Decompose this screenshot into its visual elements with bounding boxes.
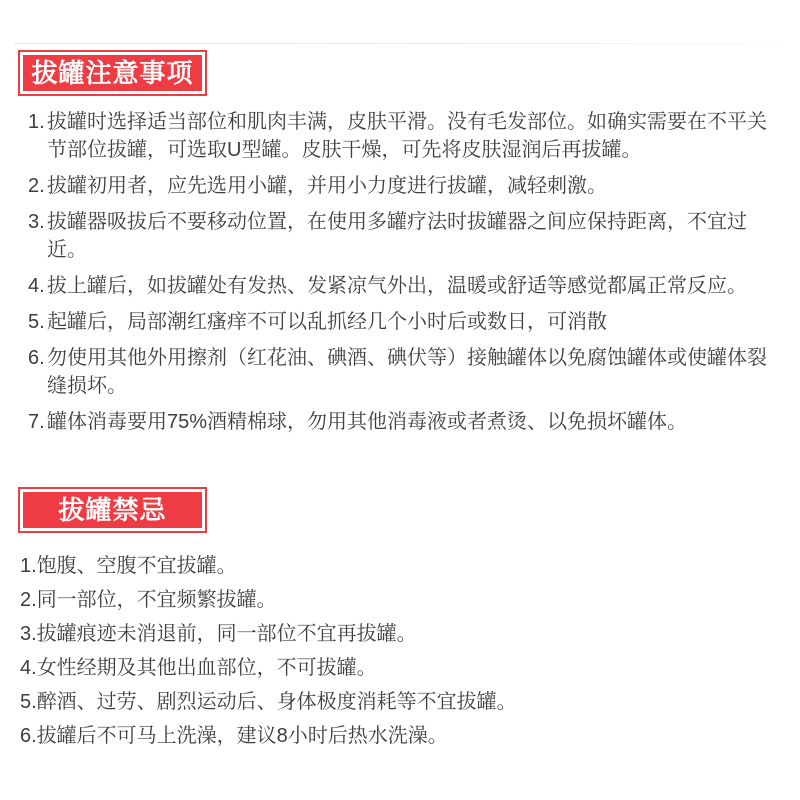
item-text: 拔罐后不可马上洗澡，建议8小时后热水洗澡。 [37,725,448,747]
precautions-title: 拔罐注意事项 [23,55,202,91]
precaution-item-3: 3. 拔罐器吸拔后不要移动位置，在使用多罐疗法时拔罐器之间应保持距离，不宜过近。 [28,208,778,264]
item-number: 5. [28,308,45,336]
taboo-item-6: 6.拔罐后不可马上洗澡，建议8小时后热水洗澡。 [20,722,780,750]
item-number: 6. [20,725,37,747]
taboos-title: 拔罐禁忌 [23,492,202,528]
item-number: 5. [20,691,37,713]
taboo-item-2: 2.同一部位，不宜频繁拔罐。 [20,586,780,614]
precaution-item-6: 6. 勿使用其他外用擦剂（红花油、碘酒、碘伏等）接触罐体以免腐蚀罐体或使罐体裂缝… [28,344,778,400]
item-number: 6. [28,344,45,372]
item-text: 拔罐初用者，应先选用小罐，并用小力度进行拔罐，减轻刺激。 [47,175,607,197]
item-text: 饱腹、空腹不宜拔罐。 [37,555,237,577]
precautions-list: 1. 拔罐时选择适当部位和肌肉丰满，皮肤平滑。没有毛发部位。如确实需要在不平关节… [28,108,778,444]
item-text: 罐体消毒要用75%酒精棉球，勿用其他消毒液或者煮烫、以免损坏罐体。 [47,411,687,433]
item-number: 1. [20,555,37,577]
item-text: 勿使用其他外用擦剂（红花油、碘酒、碘伏等）接触罐体以免腐蚀罐体或使罐体裂缝损坏。 [47,347,767,397]
item-text: 女性经期及其他出血部位，不可拔罐。 [37,657,377,679]
item-number: 2. [28,172,45,200]
taboos-list: 1.饱腹、空腹不宜拔罐。 2.同一部位，不宜频繁拔罐。 3.拔罐痕迹未消退前，同… [20,552,780,756]
item-text: 拔罐痕迹未消退前，同一部位不宜再拔罐。 [37,623,417,645]
item-number: 3. [28,208,45,236]
item-text: 醉酒、过劳、剧烈运动后、身体极度消耗等不宜拔罐。 [37,691,517,713]
precaution-item-5: 5. 起罐后，局部潮红瘙痒不可以乱抓经几个小时后或数日，可消散 [28,308,778,336]
item-text: 同一部位，不宜频繁拔罐。 [37,589,277,611]
taboo-item-3: 3.拔罐痕迹未消退前，同一部位不宜再拔罐。 [20,620,780,648]
item-text: 起罐后，局部潮红瘙痒不可以乱抓经几个小时后或数日，可消散 [47,311,607,333]
item-number: 2. [20,589,37,611]
item-text: 拔罐时选择适当部位和肌肉丰满，皮肤平滑。没有毛发部位。如确实需要在不平关节部位拔… [47,111,767,161]
taboos-banner: 拔罐禁忌 [18,487,207,533]
precaution-item-7: 7. 罐体消毒要用75%酒精棉球，勿用其他消毒液或者煮烫、以免损坏罐体。 [28,408,778,436]
precautions-banner: 拔罐注意事项 [18,50,207,96]
taboo-item-5: 5.醉酒、过劳、剧烈运动后、身体极度消耗等不宜拔罐。 [20,688,780,716]
taboo-item-1: 1.饱腹、空腹不宜拔罐。 [20,552,780,580]
item-number: 1. [28,108,45,136]
item-text: 拔上罐后，如拔罐处有发热、发紧凉气外出，温暖或舒适等感觉都属正常反应。 [47,275,747,297]
item-number: 4. [28,272,45,300]
item-number: 7. [28,408,45,436]
section-divider [14,43,786,44]
precaution-item-4: 4. 拔上罐后，如拔罐处有发热、发紧凉气外出，温暖或舒适等感觉都属正常反应。 [28,272,778,300]
item-number: 4. [20,657,37,679]
item-text: 拔罐器吸拔后不要移动位置，在使用多罐疗法时拔罐器之间应保持距离，不宜过近。 [47,211,747,261]
precaution-item-1: 1. 拔罐时选择适当部位和肌肉丰满，皮肤平滑。没有毛发部位。如确实需要在不平关节… [28,108,778,164]
taboo-item-4: 4.女性经期及其他出血部位，不可拔罐。 [20,654,780,682]
item-number: 3. [20,623,37,645]
precaution-item-2: 2. 拔罐初用者，应先选用小罐，并用小力度进行拔罐，减轻刺激。 [28,172,778,200]
